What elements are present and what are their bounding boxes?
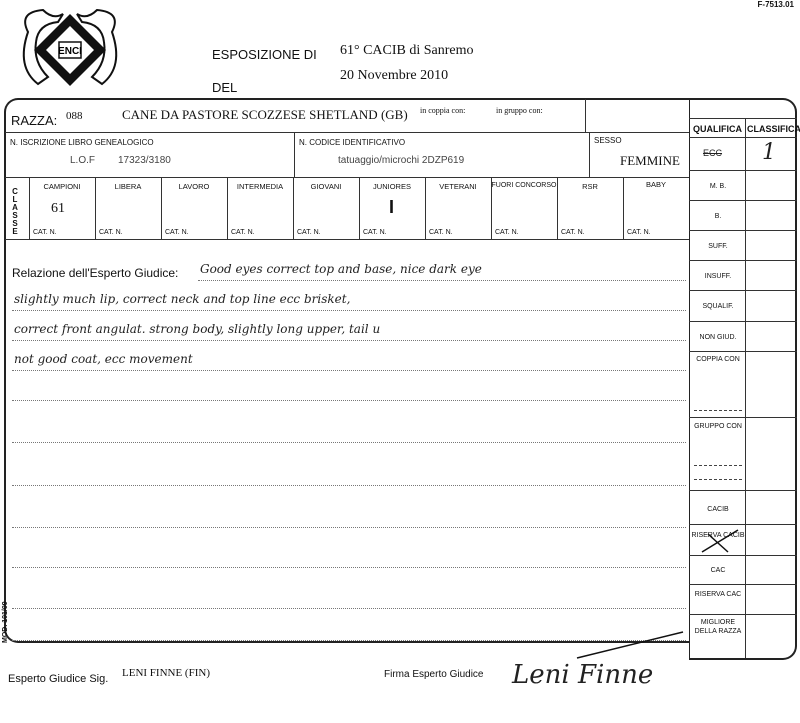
relazione-label: Relazione dell'Esperto Giudice: <box>12 266 178 280</box>
iscrizione-value: 17323/3180 <box>118 155 171 166</box>
classe-col-label: CAMPIONI <box>29 182 95 191</box>
writing-line <box>12 400 686 401</box>
classe-col-label: RSR <box>557 182 623 191</box>
esposizione-value: 61° CACIB di Sanremo <box>340 43 474 59</box>
sesso-value: FEMMINE <box>620 153 680 169</box>
classifica-header: CLASSIFICA <box>747 124 800 134</box>
qualifica-non-giud[interactable]: NON GIUD. <box>690 333 746 342</box>
divider <box>294 132 295 177</box>
svg-text:ENCI: ENCI <box>58 46 82 57</box>
sesso-label: SESSO <box>594 136 622 145</box>
razza-code: 088 <box>66 110 83 122</box>
divider <box>689 230 797 231</box>
classe-col-value: I <box>389 197 394 218</box>
cat-n-label: CAT. N. <box>99 229 123 236</box>
relazione-line-2[interactable]: slightly much lip, correct neck and top … <box>14 292 350 306</box>
divider <box>5 239 689 240</box>
dash-line <box>694 410 742 411</box>
classe-col-value: 61 <box>51 201 65 217</box>
writing-line <box>198 280 686 281</box>
cat-n-label: CAT. N. <box>561 229 585 236</box>
classe-lavoro[interactable]: LAVORO CAT. N. <box>161 177 228 239</box>
divider <box>689 351 797 352</box>
divider <box>585 99 586 132</box>
giudice-label: Esperto Giudice Sig. <box>8 673 108 685</box>
gruppo-con[interactable]: GRUPPO CON <box>690 422 746 431</box>
divider <box>589 132 590 177</box>
classe-col-label: LAVORO <box>161 182 227 191</box>
cac[interactable]: CAC <box>690 566 746 575</box>
coppia-con[interactable]: COPPIA CON <box>690 355 746 364</box>
divider <box>689 118 797 119</box>
dash-line <box>694 479 742 480</box>
codice-label: N. CODICE IDENTIFICATIVO <box>299 138 405 147</box>
signature-stroke <box>575 630 685 660</box>
divider <box>689 200 797 201</box>
classe-col-label: LIBERA <box>95 182 161 191</box>
classifica-value[interactable]: 1 <box>762 140 776 165</box>
qualifica-header: QUALIFICA <box>693 124 742 134</box>
qualifica-insuff[interactable]: INSUFF. <box>690 272 746 281</box>
classe-fuori-concorso[interactable]: FUORI CONCORSO CAT. N. <box>491 177 558 239</box>
divider <box>689 137 797 138</box>
cat-n-label: CAT. N. <box>165 229 189 236</box>
cat-n-label: CAT. N. <box>495 229 519 236</box>
cat-n-label: CAT. N. <box>363 229 387 236</box>
divider <box>689 321 797 322</box>
del-label: DEL <box>212 80 237 95</box>
writing-line <box>12 608 686 609</box>
classe-label: C L A S S E <box>10 188 20 236</box>
cross-out-icon <box>700 528 740 554</box>
qualifica-suff[interactable]: SUFF. <box>690 242 746 251</box>
qualifica-b[interactable]: B. <box>690 212 746 221</box>
cat-n-label: CAT. N. <box>429 229 453 236</box>
relazione-line-1[interactable]: Good eyes correct top and base, nice dar… <box>200 262 482 276</box>
firma-label: Firma Esperto Giudice <box>384 669 483 680</box>
classe-col-label: JUNIORES <box>359 182 425 191</box>
writing-line <box>12 485 686 486</box>
qualifica-value[interactable]: ECC <box>703 148 722 158</box>
writing-line <box>12 567 686 568</box>
divider <box>689 290 797 291</box>
esposizione-label: ESPOSIZIONE DI <box>212 47 317 62</box>
classe-col-label: GIOVANI <box>293 182 359 191</box>
classe-veterani[interactable]: VETERANI CAT. N. <box>425 177 492 239</box>
divider <box>689 524 797 525</box>
codice-value: tatuaggio/microchi 2DZP619 <box>338 155 464 166</box>
giudice-value: LENI FINNE (FIN) <box>122 667 210 679</box>
razza-label: RAZZA: <box>11 113 57 128</box>
iscrizione-label: N. ISCRIZIONE LIBRO GENEALOGICO <box>10 138 154 147</box>
qualifica-mb[interactable]: M. B. <box>690 182 746 191</box>
migliore-della-razza[interactable]: MIGLIORE DELLA RAZZA <box>690 618 746 636</box>
classe-baby[interactable]: BABY CAT. N. <box>623 177 689 239</box>
cat-n-label: CAT. N. <box>231 229 255 236</box>
writing-line <box>12 340 686 341</box>
divider <box>689 490 797 491</box>
divider <box>689 170 797 171</box>
qualifica-squalif[interactable]: SQUALIF. <box>690 302 746 311</box>
mod-code: MOD. 101/09 <box>2 601 9 643</box>
classe-col-label: FUORI CONCORSO <box>491 182 557 189</box>
enci-logo-icon: ENCI <box>8 2 132 90</box>
cat-n-label: CAT. N. <box>297 229 321 236</box>
writing-line <box>12 527 686 528</box>
cat-n-label: CAT. N. <box>627 229 651 236</box>
dash-line <box>694 465 742 466</box>
classe-intermedia[interactable]: INTERMEDIA CAT. N. <box>227 177 294 239</box>
classe-col-label: INTERMEDIA <box>227 182 293 191</box>
iscrizione-prefix: L.O.F <box>70 155 95 166</box>
divider <box>5 132 689 133</box>
divider <box>689 417 797 418</box>
cat-n-label: CAT. N. <box>33 229 57 236</box>
divider <box>689 260 797 261</box>
classe-juniores[interactable]: JUNIORES I CAT. N. <box>359 177 426 239</box>
cacib[interactable]: CACIB <box>690 505 746 514</box>
relazione-line-4[interactable]: not good coat, ecc movement <box>14 352 193 366</box>
divider <box>689 584 797 585</box>
classe-rsr[interactable]: RSR CAT. N. <box>557 177 624 239</box>
razza-name: CANE DA PASTORE SCOZZESE SHETLAND (GB) <box>122 107 408 123</box>
classe-campioni[interactable]: CAMPIONI 61 CAT. N. <box>29 177 96 239</box>
gruppo-label: in gruppo con: <box>496 106 543 115</box>
classe-col-label: BABY <box>623 180 689 189</box>
divider <box>689 614 797 615</box>
relazione-line-3[interactable]: correct front angulat. strong body, slig… <box>14 322 380 336</box>
del-value: 20 Novembre 2010 <box>340 68 448 84</box>
classe-letter: E <box>10 228 20 236</box>
coppia-label: in coppia con: <box>420 106 465 115</box>
classe-libera[interactable]: LIBERA CAT. N. <box>95 177 162 239</box>
classe-col-label: VETERANI <box>425 182 491 191</box>
firma-signature[interactable]: Leni Finne <box>512 660 653 690</box>
divider <box>689 555 797 556</box>
writing-line <box>12 442 686 443</box>
divider <box>745 118 746 658</box>
riserva-cac[interactable]: RISERVA CAC <box>690 590 746 599</box>
writing-line <box>12 310 686 311</box>
form-code: F-7513.01 <box>758 0 794 9</box>
writing-line <box>12 370 686 371</box>
classe-giovani[interactable]: GIOVANI CAT. N. <box>293 177 360 239</box>
